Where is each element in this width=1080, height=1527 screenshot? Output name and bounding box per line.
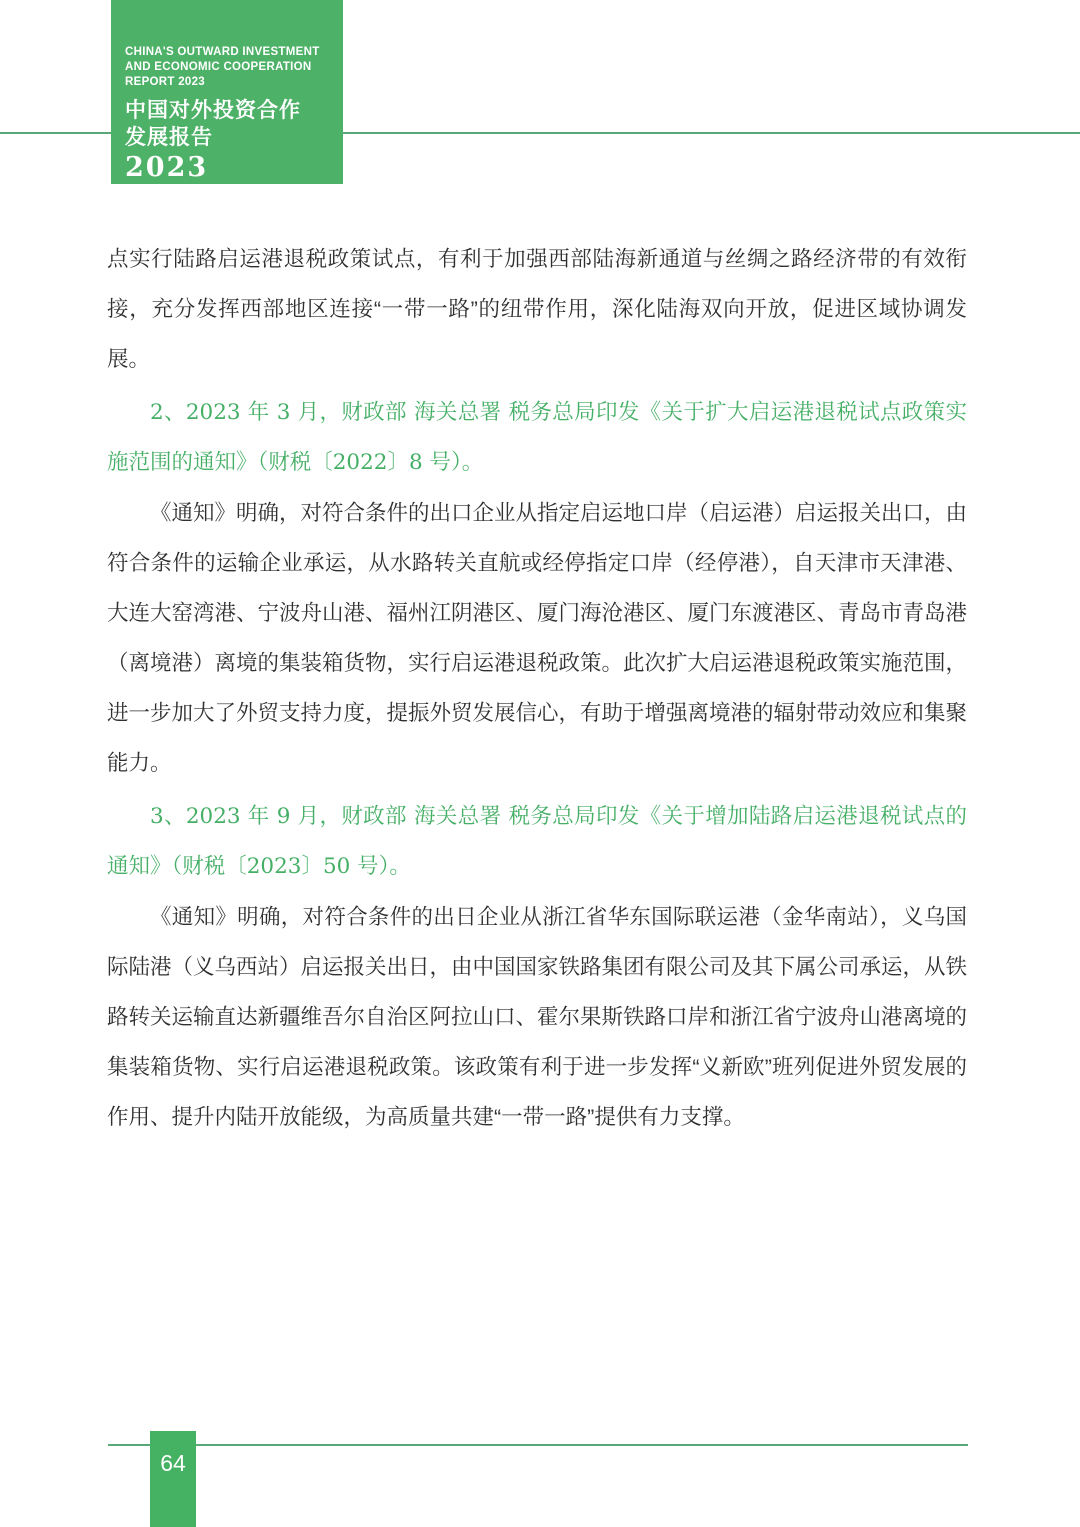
logo-title-en-line2: AND ECONOMIC COOPERATION — [125, 60, 331, 75]
logo-title-en-line1: CHINA'S OUTWARD INVESTMENT — [125, 45, 331, 60]
paragraph-continuation: 点实行陆路启运港退税政策试点，有利于加强西部陆海新通道与丝绸之路经济带的有效衔接… — [107, 234, 967, 384]
logo-title-zh: 中国对外投资合作 发展报告 — [125, 97, 331, 151]
page-number-box: 64 — [150, 1431, 196, 1527]
logo-title-en: CHINA'S OUTWARD INVESTMENT AND ECONOMIC … — [125, 45, 331, 90]
paragraph-notice-detail-2: 《通知》明确，对符合条件的出口企业从指定启运地口岸（启运港）启运报关出口，由符合… — [107, 488, 967, 788]
logo-year: 2023 — [125, 152, 331, 184]
logo-title-en-line3: REPORT 2023 — [125, 75, 331, 90]
document-body: 点实行陆路启运港退税政策试点，有利于加强西部陆海新通道与丝绸之路经济带的有效衔接… — [107, 234, 967, 1142]
footer-rule — [108, 1444, 968, 1446]
report-page: CHINA'S OUTWARD INVESTMENT AND ECONOMIC … — [0, 0, 1080, 1527]
paragraph-highlight-item-2: 2、2023 年 3 月，财政部 海关总署 税务总局印发《关于扩大启运港退税试点… — [107, 388, 967, 488]
report-logo-box: CHINA'S OUTWARD INVESTMENT AND ECONOMIC … — [111, 0, 343, 184]
paragraph-notice-detail-3: 《通知》明确，对符合条件的出日企业从浙江省华东国际联运港（金华南站），义乌国际陆… — [107, 892, 967, 1142]
page-number: 64 — [150, 1450, 196, 1476]
logo-title-zh-line2: 发展报告 — [125, 124, 331, 151]
logo-title-zh-line1: 中国对外投资合作 — [125, 97, 331, 124]
paragraph-highlight-item-3: 3、2023 年 9 月，财政部 海关总署 税务总局印发《关于增加陆路启运港退税… — [107, 792, 967, 892]
